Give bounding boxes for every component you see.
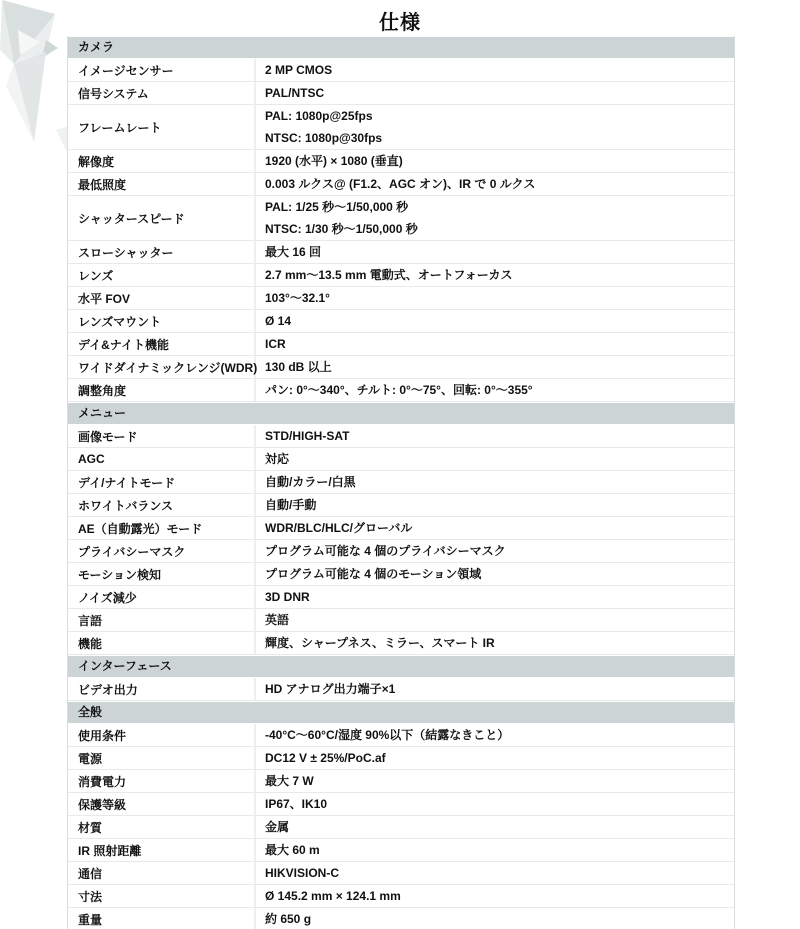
spec-value: DC12 V ± 25%/PoC.af bbox=[256, 747, 734, 769]
spec-value: PAL/NTSC bbox=[256, 82, 734, 104]
spec-value: 英語 bbox=[256, 609, 734, 631]
spec-value: PAL: 1/25 秒～1/50,000 秒 NTSC: 1/30 秒～1/50… bbox=[256, 196, 734, 240]
spec-label: フレームレート bbox=[68, 105, 256, 149]
spec-value: WDR/BLC/HLC/グローバル bbox=[256, 517, 734, 539]
table-row: ノイズ減少 3D DNR bbox=[68, 586, 734, 609]
table-row: 画像モード STD/HIGH-SAT bbox=[68, 425, 734, 448]
table-row: デイ/ナイトモード 自動/カラー/白黒 bbox=[68, 471, 734, 494]
spec-value: ICR bbox=[256, 333, 734, 355]
spec-label: レンズマウント bbox=[68, 310, 256, 332]
spec-value: パン: 0°～340°、チルト: 0°～75°、回転: 0°～355° bbox=[256, 379, 734, 401]
spec-label: 保護等級 bbox=[68, 793, 256, 815]
table-row: IR 照射距離 最大 60 m bbox=[68, 839, 734, 862]
spec-value: 最大 7 W bbox=[256, 770, 734, 792]
table-row: 消費電力 最大 7 W bbox=[68, 770, 734, 793]
spec-value: 130 dB 以上 bbox=[256, 356, 734, 378]
spec-value: 3D DNR bbox=[256, 586, 734, 608]
spec-label: ワイドダイナミックレンジ(WDR) bbox=[68, 356, 256, 378]
spec-label: 機能 bbox=[68, 632, 256, 654]
spec-label: IR 照射距離 bbox=[68, 839, 256, 861]
table-row: 機能 輝度、シャープネス、ミラー、スマート IR bbox=[68, 632, 734, 655]
table-row: ホワイトバランス 自動/手動 bbox=[68, 494, 734, 517]
table-row: レンズ 2.7 mm～13.5 mm 電動式、オートフォーカス bbox=[68, 264, 734, 287]
spec-value: 自動/手動 bbox=[256, 494, 734, 516]
section-header-general: 全般 bbox=[68, 701, 734, 724]
table-row: AE（自動露光）モード WDR/BLC/HLC/グローバル bbox=[68, 517, 734, 540]
spec-value: プログラム可能な 4 個のプライバシーマスク bbox=[256, 540, 734, 562]
spec-value: 対応 bbox=[256, 448, 734, 470]
table-row: レンズマウント Ø 14 bbox=[68, 310, 734, 333]
spec-label: シャッタースピード bbox=[68, 196, 256, 240]
page-title: 仕様 bbox=[0, 0, 800, 36]
spec-label: ノイズ減少 bbox=[68, 586, 256, 608]
spec-value: プログラム可能な 4 個のモーション領域 bbox=[256, 563, 734, 585]
table-row: 寸法 Ø 145.2 mm × 124.1 mm bbox=[68, 885, 734, 908]
spec-value: 0.003 ルクス@ (F1.2、AGC オン)、IR で 0 ルクス bbox=[256, 173, 734, 195]
table-row: 通信 HIKVISION-C bbox=[68, 862, 734, 885]
spec-value: HIKVISION-C bbox=[256, 862, 734, 884]
spec-value: 約 650 g bbox=[256, 908, 734, 929]
table-row: 信号システム PAL/NTSC bbox=[68, 82, 734, 105]
spec-label: ビデオ出力 bbox=[68, 678, 256, 700]
spec-label: 信号システム bbox=[68, 82, 256, 104]
spec-label: 使用条件 bbox=[68, 724, 256, 746]
table-row: 使用条件 -40°C～60°C/湿度 90%以下（結露なきこと） bbox=[68, 724, 734, 747]
spec-value: STD/HIGH-SAT bbox=[256, 425, 734, 447]
table-row: 材質 金属 bbox=[68, 816, 734, 839]
spec-label: 水平 FOV bbox=[68, 287, 256, 309]
table-row: モーション検知 プログラム可能な 4 個のモーション領域 bbox=[68, 563, 734, 586]
spec-label: 解像度 bbox=[68, 150, 256, 172]
table-row: イメージセンサー 2 MP CMOS bbox=[68, 59, 734, 82]
table-row: 最低照度 0.003 ルクス@ (F1.2、AGC オン)、IR で 0 ルクス bbox=[68, 173, 734, 196]
spec-label: AE（自動露光）モード bbox=[68, 517, 256, 539]
spec-value: 2.7 mm～13.5 mm 電動式、オートフォーカス bbox=[256, 264, 734, 286]
table-row: 重量 約 650 g bbox=[68, 908, 734, 929]
spec-value: 金属 bbox=[256, 816, 734, 838]
spec-label: 重量 bbox=[68, 908, 256, 929]
spec-value: IP67、IK10 bbox=[256, 793, 734, 815]
spec-value: 輝度、シャープネス、ミラー、スマート IR bbox=[256, 632, 734, 654]
spec-label: イメージセンサー bbox=[68, 59, 256, 81]
spec-label: 電源 bbox=[68, 747, 256, 769]
spec-label: 通信 bbox=[68, 862, 256, 884]
spec-label: モーション検知 bbox=[68, 563, 256, 585]
spec-value: 1920 (水平) × 1080 (垂直) bbox=[256, 150, 734, 172]
spec-label: 消費電力 bbox=[68, 770, 256, 792]
section-header-menu: メニュー bbox=[68, 402, 734, 425]
spec-value: Ø 14 bbox=[256, 310, 734, 332]
table-row: ビデオ出力 HD アナログ出力端子×1 bbox=[68, 678, 734, 701]
spec-label: AGC bbox=[68, 448, 256, 470]
spec-value: 103°～32.1° bbox=[256, 287, 734, 309]
spec-value: 2 MP CMOS bbox=[256, 59, 734, 81]
section-header-interface: インターフェース bbox=[68, 655, 734, 678]
table-row: 電源 DC12 V ± 25%/PoC.af bbox=[68, 747, 734, 770]
table-row: 水平 FOV 103°～32.1° bbox=[68, 287, 734, 310]
spec-value: 最大 60 m bbox=[256, 839, 734, 861]
table-row: AGC 対応 bbox=[68, 448, 734, 471]
table-row: プライバシーマスク プログラム可能な 4 個のプライバシーマスク bbox=[68, 540, 734, 563]
table-row: 解像度 1920 (水平) × 1080 (垂直) bbox=[68, 150, 734, 173]
spec-label: 最低照度 bbox=[68, 173, 256, 195]
table-row: フレームレート PAL: 1080p@25fps NTSC: 1080p@30f… bbox=[68, 105, 734, 150]
table-row: 保護等級 IP67、IK10 bbox=[68, 793, 734, 816]
spec-label: プライバシーマスク bbox=[68, 540, 256, 562]
spec-label: レンズ bbox=[68, 264, 256, 286]
spec-label: デイ/ナイトモード bbox=[68, 471, 256, 493]
spec-label: スローシャッター bbox=[68, 241, 256, 263]
spec-label: 画像モード bbox=[68, 425, 256, 447]
table-row: ワイドダイナミックレンジ(WDR) 130 dB 以上 bbox=[68, 356, 734, 379]
table-row: 言語 英語 bbox=[68, 609, 734, 632]
spec-label: 調整角度 bbox=[68, 379, 256, 401]
table-row: デイ&ナイト機能 ICR bbox=[68, 333, 734, 356]
spec-label: 寸法 bbox=[68, 885, 256, 907]
spec-value: HD アナログ出力端子×1 bbox=[256, 678, 734, 700]
table-row: シャッタースピード PAL: 1/25 秒～1/50,000 秒 NTSC: 1… bbox=[68, 196, 734, 241]
spec-label: 材質 bbox=[68, 816, 256, 838]
spec-label: デイ&ナイト機能 bbox=[68, 333, 256, 355]
spec-value: PAL: 1080p@25fps NTSC: 1080p@30fps bbox=[256, 105, 734, 149]
table-row: スローシャッター 最大 16 回 bbox=[68, 241, 734, 264]
spec-value: 最大 16 回 bbox=[256, 241, 734, 263]
section-header-camera: カメラ bbox=[68, 36, 734, 59]
spec-value: 自動/カラー/白黒 bbox=[256, 471, 734, 493]
spec-value: -40°C～60°C/湿度 90%以下（結露なきこと） bbox=[256, 724, 734, 746]
specification-table: カメラ イメージセンサー 2 MP CMOS 信号システム PAL/NTSC フ… bbox=[67, 36, 735, 929]
spec-value: Ø 145.2 mm × 124.1 mm bbox=[256, 885, 734, 907]
spec-label: 言語 bbox=[68, 609, 256, 631]
table-row: 調整角度 パン: 0°～340°、チルト: 0°～75°、回転: 0°～355° bbox=[68, 379, 734, 402]
spec-label: ホワイトバランス bbox=[68, 494, 256, 516]
